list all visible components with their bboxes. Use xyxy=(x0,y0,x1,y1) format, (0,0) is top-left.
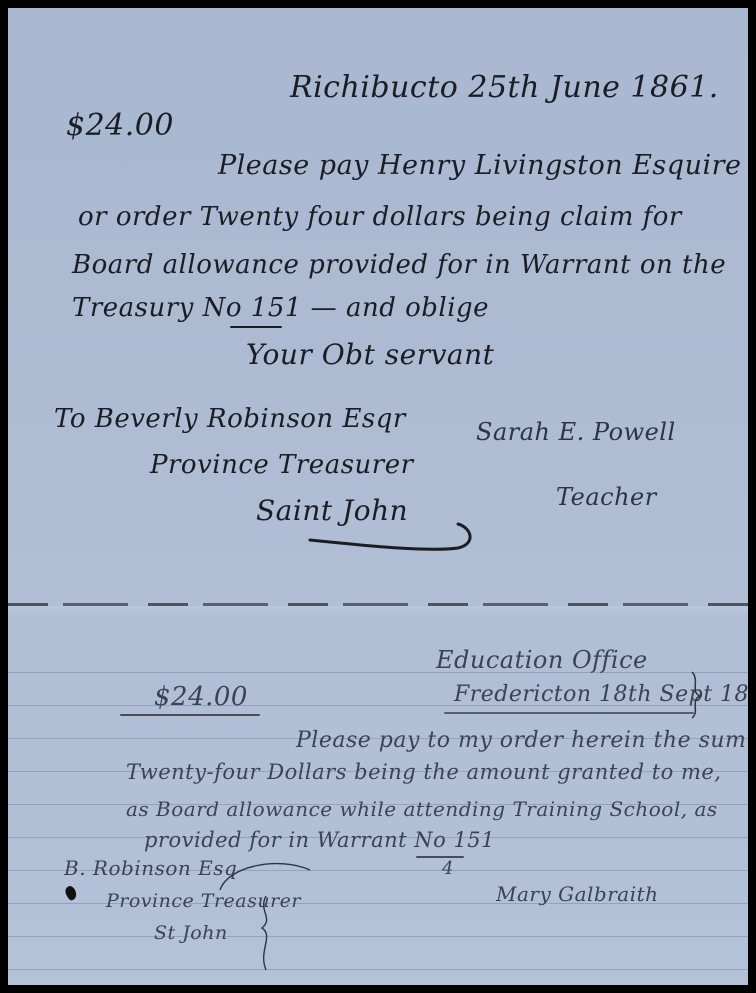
addressee-brace xyxy=(218,856,318,976)
letter2-body-line-1: Please pay to my order herein the sum of xyxy=(296,728,748,753)
letter2-addressee-line-3: St John xyxy=(154,922,228,944)
letter2-body-line-4: provided for in Warrant No 151 xyxy=(144,828,495,852)
letter1-dateline: Richibucto 25th June 1861. xyxy=(290,70,719,105)
fold-shade xyxy=(8,606,748,618)
letter1-body-line-4: Treasury No 151 — and oblige xyxy=(72,293,489,323)
letter1-signature: Sarah E. Powell xyxy=(476,418,676,446)
ruled-line xyxy=(8,969,748,970)
ruled-line xyxy=(8,936,748,937)
letter2-header-line-1: Education Office xyxy=(436,646,648,674)
letter1-body-line-2: or order Twenty four dollars being claim… xyxy=(78,202,682,232)
header-underline xyxy=(444,712,694,714)
letter1-addressee-line-1: To Beverly Robinson Esqr xyxy=(54,404,406,434)
letter2-signature: Mary Galbraith xyxy=(496,882,659,906)
letter1-body-line-3: Board allowance provided for in Warrant … xyxy=(72,250,726,280)
letter2-addressee-line-1: B. Robinson Esq xyxy=(64,856,237,880)
letter1-addressee-line-2: Province Treasurer xyxy=(150,450,414,480)
document-page: Richibucto 25th June 1861. $24.00 Please… xyxy=(8,8,748,985)
letter1-closing: Your Obt servant xyxy=(246,338,494,371)
header-brace xyxy=(688,670,708,720)
letter1-amount: $24.00 xyxy=(66,108,174,143)
letter2-body-line-3: as Board allowance while attending Train… xyxy=(126,797,718,821)
letter2-amount-underline xyxy=(120,714,260,716)
letter2-amount: $24.00 xyxy=(154,682,248,712)
signature-flourish xyxy=(308,518,478,558)
letter2-fraction-denominator: 4 xyxy=(442,858,454,879)
ink-blot xyxy=(63,884,79,901)
letter1-body-line-1: Please pay Henry Livingston Esquire xyxy=(218,150,742,181)
amount-underline xyxy=(230,326,282,328)
letter1-signature-title: Teacher xyxy=(556,483,657,511)
fraction-bar xyxy=(416,856,464,858)
letter2-body-line-2: Twenty-four Dollars being the amount gra… xyxy=(126,760,721,784)
